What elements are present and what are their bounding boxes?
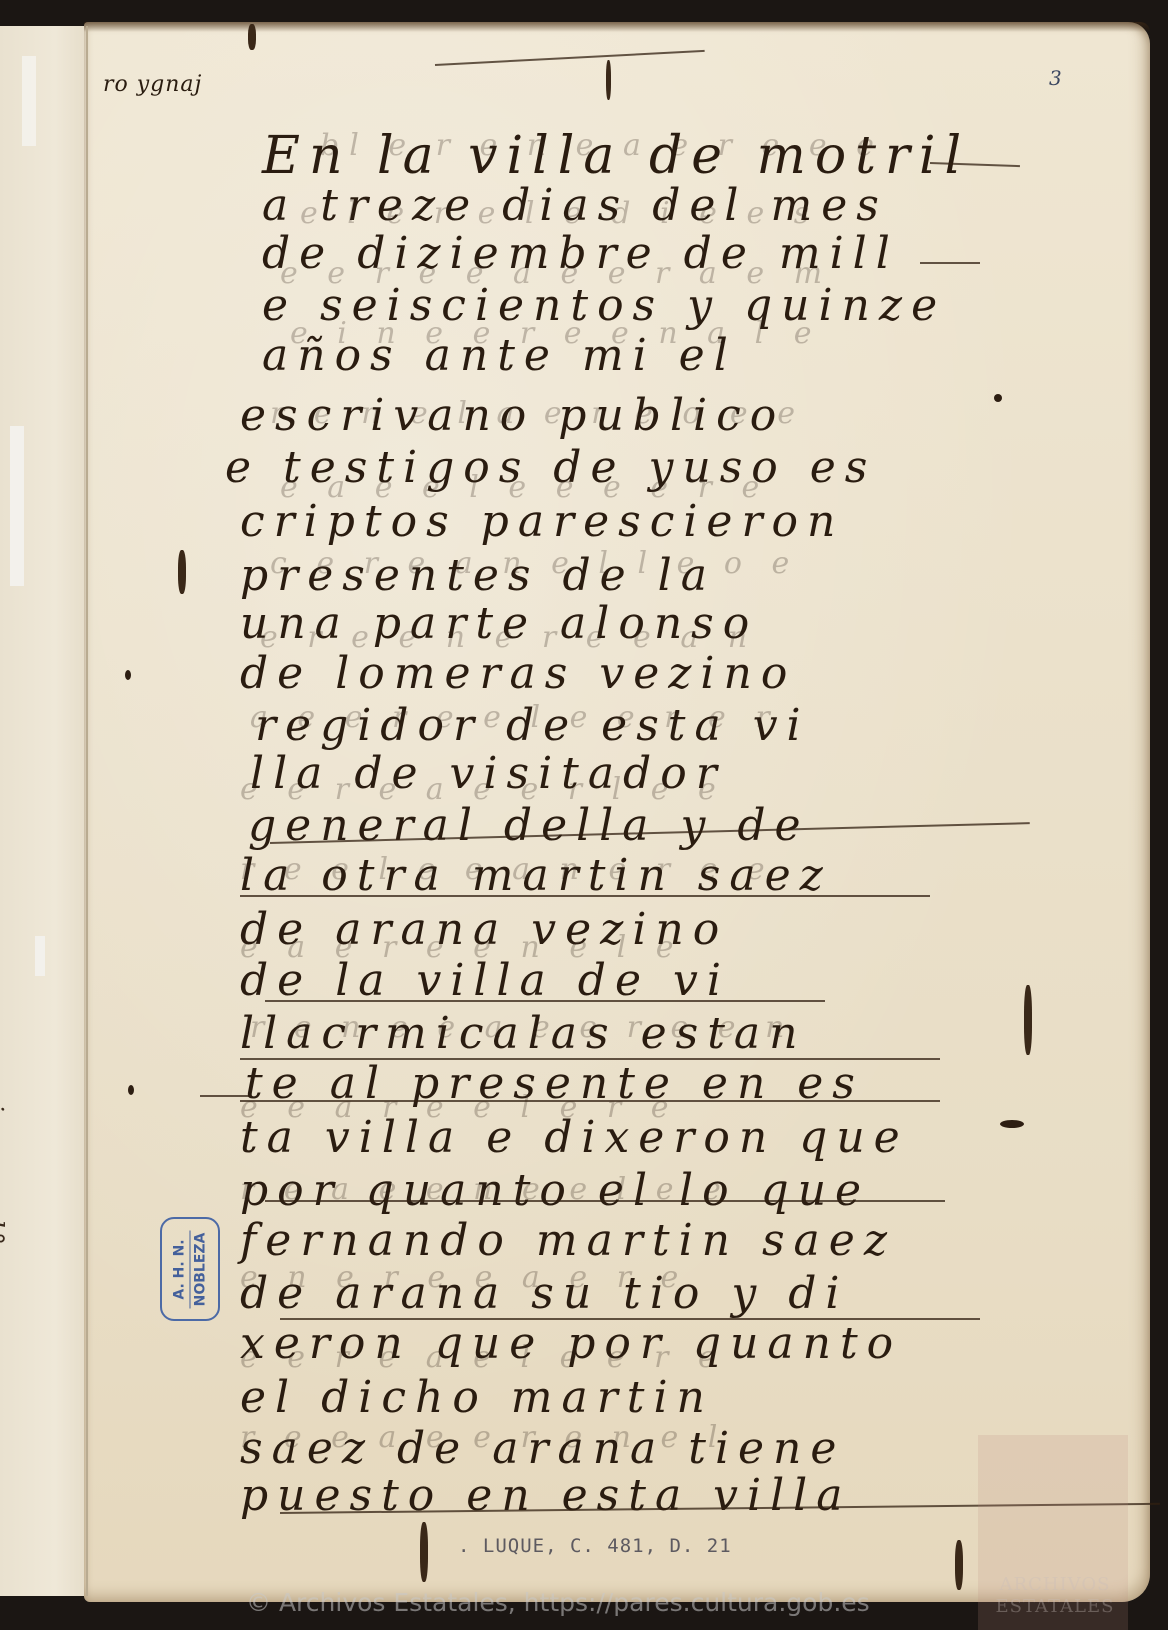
line-filler-stroke bbox=[240, 895, 930, 897]
text-line: de diziembre de mill bbox=[262, 228, 899, 279]
copyright-watermark: © Archivos Estatales, https://pares.cult… bbox=[246, 1588, 870, 1617]
text-line: de lomeras vezino bbox=[240, 648, 796, 699]
archive-stamp: A. H. N. NOBLEZA bbox=[160, 1217, 220, 1321]
text-line: de la villa de vi bbox=[240, 955, 730, 1006]
text-line: e seiscientos y quinze bbox=[262, 280, 946, 331]
line-filler-stroke bbox=[200, 1095, 250, 1097]
left-margin-annotation: emjores al° secon bbox=[0, 1055, 8, 1357]
paper-tear bbox=[35, 936, 45, 976]
stamp-line-1: A. H. N. bbox=[171, 1239, 189, 1299]
text-line: la otra martin saez bbox=[240, 850, 832, 901]
top-margin-annotation: ro ygnaj bbox=[103, 72, 202, 97]
text-line: años ante mi el bbox=[262, 330, 737, 381]
text-line: de arana vezino bbox=[240, 904, 728, 955]
archive-logo-text: ARCHIVOS ESTATALES bbox=[990, 1574, 1120, 1618]
text-line: lla de visitador bbox=[250, 748, 726, 799]
ink-drip bbox=[420, 1522, 428, 1582]
ink-drip bbox=[606, 60, 611, 100]
ink-blot bbox=[128, 1085, 134, 1095]
text-line: ta villa e dixeron que bbox=[240, 1112, 909, 1163]
text-line: En la villa de motril bbox=[262, 126, 970, 186]
folio-number: 3 bbox=[1049, 66, 1062, 90]
text-line: saez de arana tiene bbox=[240, 1423, 845, 1474]
line-filler-stroke bbox=[265, 1000, 825, 1002]
text-line: regidor de esta vi bbox=[255, 700, 810, 751]
repair-tape bbox=[22, 56, 36, 146]
text-line: presentes de la bbox=[240, 550, 716, 601]
ink-drip bbox=[955, 1540, 963, 1590]
text-line: una parte alonso bbox=[240, 598, 758, 649]
text-line: escrivano publico bbox=[240, 390, 785, 441]
ink-drip bbox=[248, 24, 256, 50]
line-filler-stroke bbox=[920, 262, 980, 264]
text-line: llacrmicalas estan bbox=[240, 1008, 806, 1059]
line-filler-stroke bbox=[240, 1058, 940, 1060]
archive-reference: . LUQUE, C. 481, D. 21 bbox=[458, 1535, 732, 1557]
line-filler-stroke bbox=[280, 1318, 980, 1320]
text-line: e testigos de yuso es bbox=[225, 442, 876, 493]
text-line: a treze dias del mes bbox=[262, 180, 888, 231]
line-filler-stroke bbox=[240, 1100, 940, 1102]
text-line: de arana su tio y di bbox=[240, 1268, 848, 1319]
logo-line-2: ESTATALES bbox=[990, 1596, 1120, 1618]
ink-drip bbox=[178, 550, 186, 594]
manuscript-scan: bl e r e n e a e r e e e e l e r e l e d… bbox=[0, 0, 1168, 1630]
page-edge-shadow bbox=[84, 22, 1150, 32]
ink-blot bbox=[994, 394, 1002, 402]
text-line: general della y de bbox=[248, 800, 810, 851]
ink-drip bbox=[1024, 985, 1032, 1055]
ink-blot bbox=[1000, 1120, 1024, 1128]
left-folded-flap bbox=[0, 26, 93, 1596]
stamp-line-2: NOBLEZA bbox=[192, 1232, 210, 1306]
text-line: el dicho martin bbox=[240, 1372, 714, 1423]
text-line: fernando martin saez bbox=[240, 1215, 896, 1266]
stamp-divider bbox=[190, 1230, 191, 1308]
logo-line-1: ARCHIVOS bbox=[990, 1574, 1120, 1596]
paper-tear bbox=[10, 426, 24, 586]
text-line: xeron que por quanto bbox=[240, 1318, 902, 1369]
text-line: por quanto el lo que bbox=[240, 1165, 870, 1216]
binding-gutter bbox=[86, 26, 88, 1596]
text-line: criptos parescieron bbox=[240, 496, 844, 547]
line-filler-stroke bbox=[265, 1200, 945, 1202]
ink-blot bbox=[125, 670, 131, 680]
